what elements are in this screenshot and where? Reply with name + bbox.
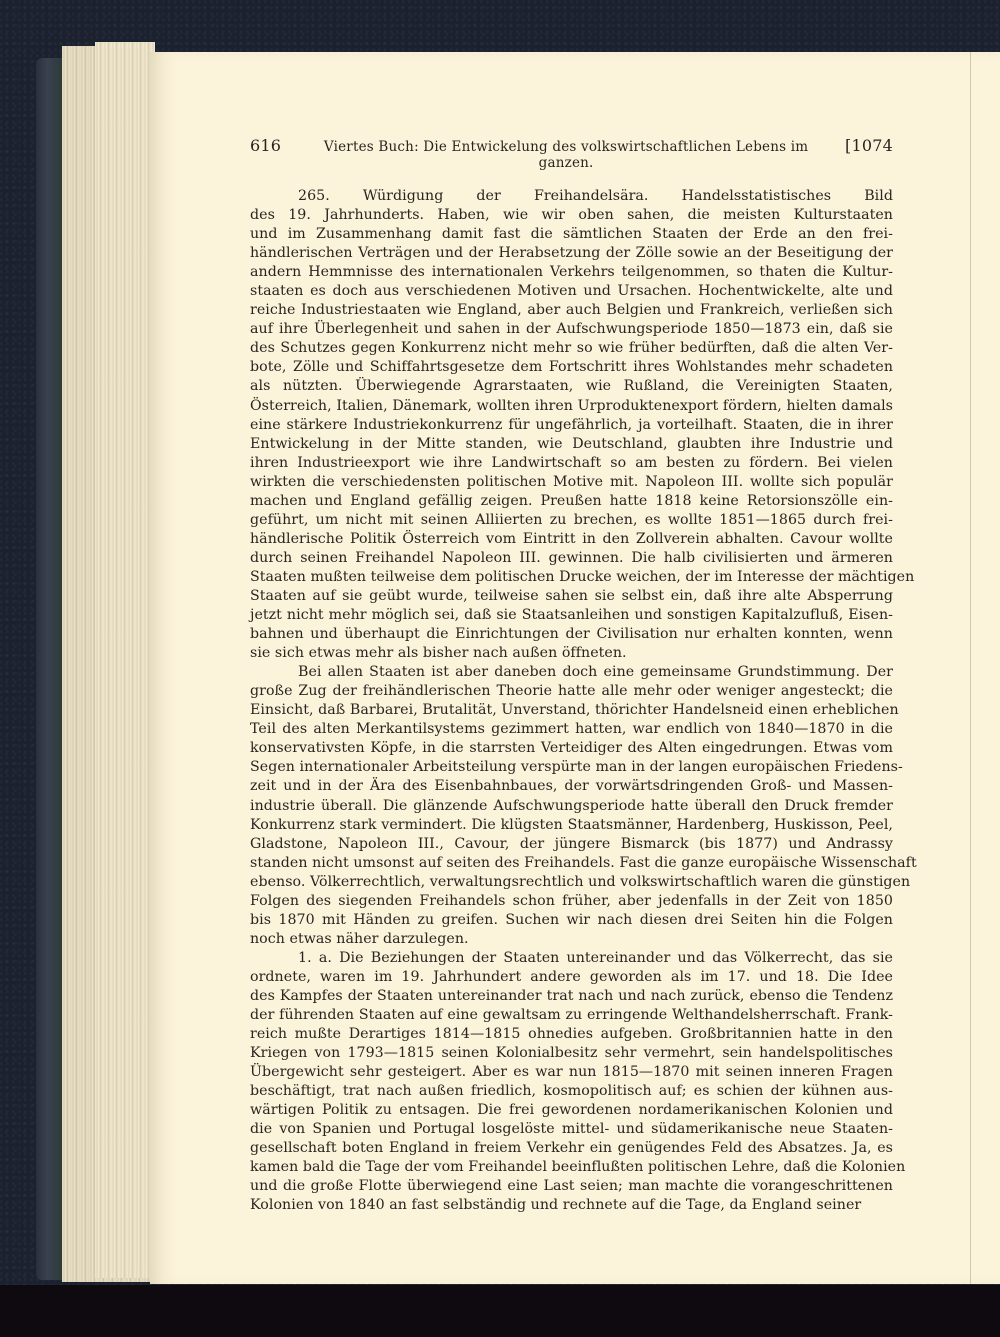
- text-line: Segen internationaler Arbeitsteilung ver…: [250, 758, 893, 777]
- text-line: der führenden Staaten auf eine gewaltsam…: [250, 1006, 893, 1025]
- text-line: und im Zusammenhang damit fast die sämtl…: [250, 225, 893, 244]
- text-line: konservativsten Köpfe, in die starrsten …: [250, 739, 893, 758]
- text-line: Kriegen von 1793—1815 seinen Kolonialbes…: [250, 1044, 893, 1063]
- running-head-title: Viertes Buch: Die Entwickelung des volks…: [281, 139, 845, 171]
- text-line: bote, Zölle und Schiffahrtsgesetze dem F…: [250, 358, 893, 377]
- text-line: kamen bald die Tage der vom Freihandel b…: [250, 1158, 893, 1177]
- text-line: des Schutzes gegen Konkurrenz nicht mehr…: [250, 339, 893, 358]
- text-line: als nützten. Überwiegende Agrarstaaten, …: [250, 377, 893, 396]
- page-content: 616 Viertes Buch: Die Entwickelung des v…: [250, 136, 893, 1216]
- text-line: wirkten die verschiedensten politischen …: [250, 473, 893, 492]
- text-line: Folgen des siegenden Freihandels schon f…: [250, 892, 893, 911]
- text-line: händlerische Politik Österreich vom Eint…: [250, 530, 893, 549]
- text-line: Gladstone, Napoleon III., Cavour, der jü…: [250, 835, 893, 854]
- text-line: noch etwas näher darzulegen.: [250, 930, 893, 949]
- text-line: reich mußte Derartiges 1814—1815 ohnedie…: [250, 1025, 893, 1044]
- text-line: des Kampfes der Staaten untereinander tr…: [250, 987, 893, 1006]
- text-line: große Zug der freihändlerischen Theorie …: [250, 682, 893, 701]
- folio-number: [1074: [845, 136, 893, 155]
- text-line: händlerischen Verträgen und der Herabset…: [250, 244, 893, 263]
- text-line: Übergewicht sehr gesteigert. Aber es war…: [250, 1063, 893, 1082]
- text-line: des 19. Jahrhunderts. Haben, wie wir obe…: [250, 206, 893, 225]
- text-line: durch seinen Freihandel Napoleon III. ge…: [250, 549, 893, 568]
- text-line: Einsicht, daß Barbarei, Brutalität, Unve…: [250, 701, 893, 720]
- text-line: gesellschaft boten England in freiem Ver…: [250, 1139, 893, 1158]
- text-line: ebenso. Völkerrechtlich, verwaltungsrech…: [250, 873, 893, 892]
- text-line: eine stärkere Industriekonkurrenz für un…: [250, 416, 893, 435]
- text-line: zeit und in der Ära des Eisenbahnbaues, …: [250, 777, 893, 796]
- book-cover-edge: [36, 58, 64, 1280]
- page-stack-front: [95, 42, 155, 1278]
- text-line: Staaten auf sie geübt wurde, teilweise s…: [250, 587, 893, 606]
- text-line: jetzt nicht mehr möglich sei, daß sie St…: [250, 606, 893, 625]
- text-line: bahnen und überhaupt die Einrichtungen d…: [250, 625, 893, 644]
- paragraph-1: 265. Würdigung der Freihandelsära. Hande…: [250, 187, 893, 663]
- text-line: beschäftigt, trat nach außen friedlich, …: [250, 1082, 893, 1101]
- text-line: wärtigen Politik zu entsagen. Die frei g…: [250, 1101, 893, 1120]
- text-line: die von Spanien und Portugal losgelöste …: [250, 1120, 893, 1139]
- text-line: staaten es doch aus verschiedenen Motive…: [250, 282, 893, 301]
- text-line: auf ihre Überlegenheit und sahen in der …: [250, 320, 893, 339]
- text-line: Entwickelung in der Mitte standen, wie D…: [250, 435, 893, 454]
- text-line: machen und England gefällig zeigen. Preu…: [250, 492, 893, 511]
- text-line: bis 1870 mit Händen zu greifen. Suchen w…: [250, 911, 893, 930]
- text-line: industrie überall. Die glänzende Aufschw…: [250, 797, 893, 816]
- table-surface-shadow: [0, 1285, 1000, 1337]
- text-line: Österreich, Italien, Dänemark, wollten i…: [250, 397, 893, 416]
- running-head: 616 Viertes Buch: Die Entwickelung des v…: [250, 136, 893, 171]
- text-line: 265. Würdigung der Freihandelsära. Hande…: [250, 187, 893, 206]
- text-line: andern Hemmnisse des internationalen Ver…: [250, 263, 893, 282]
- text-line: Konkurrenz stark vermindert. Die klügste…: [250, 816, 893, 835]
- page-number: 616: [250, 136, 281, 155]
- text-line: standen nicht umsonst auf seiten des Fre…: [250, 854, 893, 873]
- text-line: ihren Industrieexport wie ihre Landwirts…: [250, 454, 893, 473]
- text-line: sie sich etwas mehr als bisher nach auße…: [250, 644, 893, 663]
- text-line: und die große Flotte überwiegend eine La…: [250, 1177, 893, 1196]
- paragraph-2: Bei allen Staaten ist aber daneben doch …: [250, 663, 893, 949]
- text-line: geführt, um nicht mit seinen Alliierten …: [250, 511, 893, 530]
- text-line: Bei allen Staaten ist aber daneben doch …: [250, 663, 893, 682]
- text-line: Staaten mußten teilweise dem politischen…: [250, 568, 893, 587]
- text-line: Kolonien von 1840 an fast selbständig un…: [250, 1196, 893, 1215]
- text-line: reiche Industriestaaten wie England, abe…: [250, 301, 893, 320]
- text-line: 1. a. Die Beziehungen der Staaten untere…: [250, 949, 893, 968]
- text-line: Teil des alten Merkantilsystems gezimmer…: [250, 720, 893, 739]
- text-line: ordnete, waren im 19. Jahrhundert andere…: [250, 968, 893, 987]
- page-fold-line: [970, 52, 971, 1284]
- paragraph-3: 1. a. Die Beziehungen der Staaten untere…: [250, 949, 893, 1216]
